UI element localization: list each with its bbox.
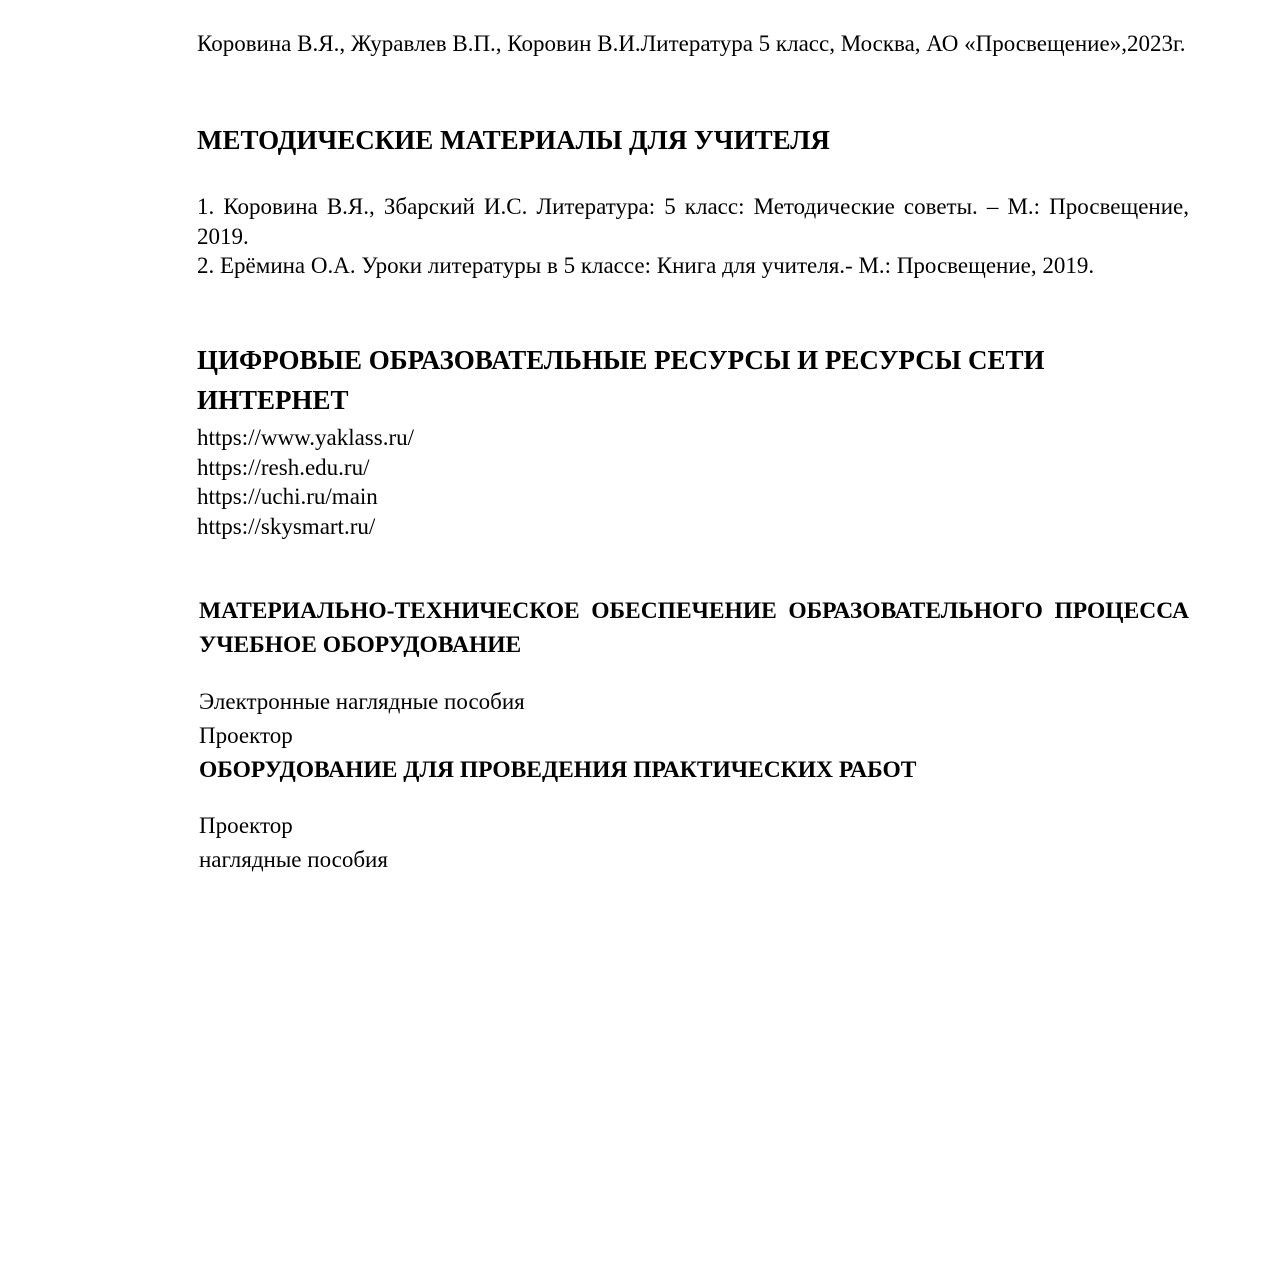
resource-links-list: https://www.yaklass.ru/ https://resh.edu… — [197, 423, 1189, 541]
resource-link-skysmart[interactable]: https://skysmart.ru/ — [197, 512, 1189, 542]
teacher-material-item-1: 1. Коровина В.Я., Збарский И.С. Литерату… — [197, 192, 1189, 252]
textbook-reference: Коровина В.Я., Журавлев В.П., Коровин В.… — [197, 29, 1189, 59]
practical-equipment-heading: ОБОРУДОВАНИЕ ДЛЯ ПРОВЕДЕНИЯ ПРАКТИЧЕСКИХ… — [199, 753, 1191, 787]
practical-equipment-item-1: Проектор — [199, 809, 1191, 843]
teacher-materials-heading: МЕТОДИЧЕСКИЕ МАТЕРИАЛЫ ДЛЯ УЧИТЕЛЯ — [197, 120, 1189, 160]
equipment-item-2: Проектор — [199, 719, 1191, 753]
teacher-material-item-2: 2. Ерёмина О.А. Уроки литературы в 5 кла… — [197, 251, 1189, 281]
equipment-item-1: Электронные наглядные пособия — [199, 685, 1191, 719]
resource-link-yaklass[interactable]: https://www.yaklass.ru/ — [197, 423, 1189, 453]
resource-link-uchi[interactable]: https://uchi.ru/main — [197, 482, 1189, 512]
equipment-heading: МАТЕРИАЛЬНО-ТЕХНИЧЕСКОЕ ОБЕСПЕЧЕНИЕ ОБРА… — [199, 594, 1189, 662]
digital-resources-heading: ЦИФРОВЫЕ ОБРАЗОВАТЕЛЬНЫЕ РЕСУРСЫ И РЕСУР… — [197, 340, 1189, 420]
resource-link-resh[interactable]: https://resh.edu.ru/ — [197, 453, 1189, 483]
practical-equipment-item-2: наглядные пособия — [199, 843, 1191, 877]
